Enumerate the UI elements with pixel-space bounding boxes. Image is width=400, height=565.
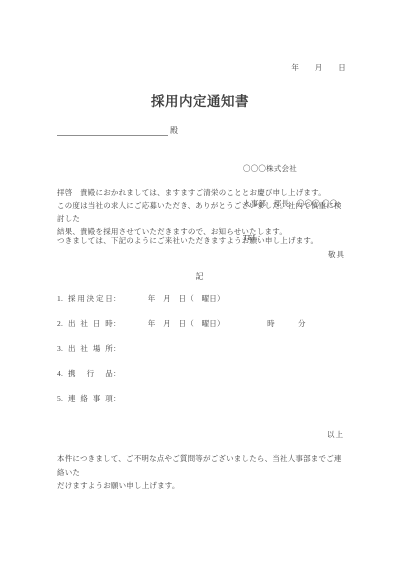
item-value: 年 月 日（ 曜日） — [148, 295, 225, 304]
recipient-name-blank — [57, 125, 168, 136]
item-number: 4. — [57, 370, 68, 379]
item-number: 2. — [57, 320, 68, 329]
closing-keigu: 敬具 — [57, 249, 345, 260]
date-line: 年 月 日 — [57, 62, 346, 73]
document-title: 採用内定通知書 — [0, 90, 400, 110]
item-colon: ： — [113, 370, 121, 379]
sender-company: 〇〇〇株式会社 — [243, 163, 337, 175]
item-label: 採用決定日 — [68, 295, 113, 304]
item-number: 5. — [57, 395, 68, 404]
item-colon: ： — [113, 395, 121, 404]
greeting-paragraph: 拝啓 貴殿におかれましては、ますますご清栄のこととお慶び申し上げます。 この度は… — [57, 186, 346, 238]
item-label: 連絡事項 — [68, 395, 113, 404]
list-item: 3. 出社場所 ： — [57, 345, 346, 354]
recipient-line: 殿 — [57, 125, 178, 136]
item-colon: ： — [113, 295, 121, 304]
closing-ijou: 以上 — [57, 429, 344, 440]
item-colon: ： — [113, 345, 121, 354]
list-item: 5. 連絡事項 ： — [57, 395, 346, 404]
list-item: 1. 採用決定日 ： 年 月 日（ 曜日） — [57, 295, 346, 304]
item-value: 年 月 日（ 曜日） 時 分 — [148, 320, 306, 329]
item-label: 携行品 — [68, 370, 113, 379]
item-colon: ： — [113, 320, 121, 329]
list-item: 2. 出社日時 ： 年 月 日（ 曜日） 時 分 — [57, 320, 346, 329]
list-item: 4. 携行品 ： — [57, 370, 346, 379]
item-number: 3. — [57, 345, 68, 354]
item-label: 出社日時 — [68, 320, 113, 329]
item-number: 1. — [57, 295, 68, 304]
item-label: 出社場所 — [68, 345, 113, 354]
footer-paragraph: 本件につきまして、ご不明な点やご質問等がございましたら、当社人事部までご連絡いた… — [57, 452, 346, 493]
offer-letter-page: 年 月 日 採用内定通知書 殿 〇〇〇株式会社 人事部 部長 〇〇〇 〇〇 TE… — [0, 0, 400, 565]
recipient-honorific: 殿 — [170, 126, 178, 135]
record-heading: 記 — [0, 271, 400, 282]
notice-items-list: 1. 採用決定日 ： 年 月 日（ 曜日） 2. 出社日時 ： 年 月 日（ 曜… — [57, 295, 346, 420]
request-paragraph: つきましては、下記のようにご来社いただきますようお願い申し上げます。 — [57, 234, 346, 247]
